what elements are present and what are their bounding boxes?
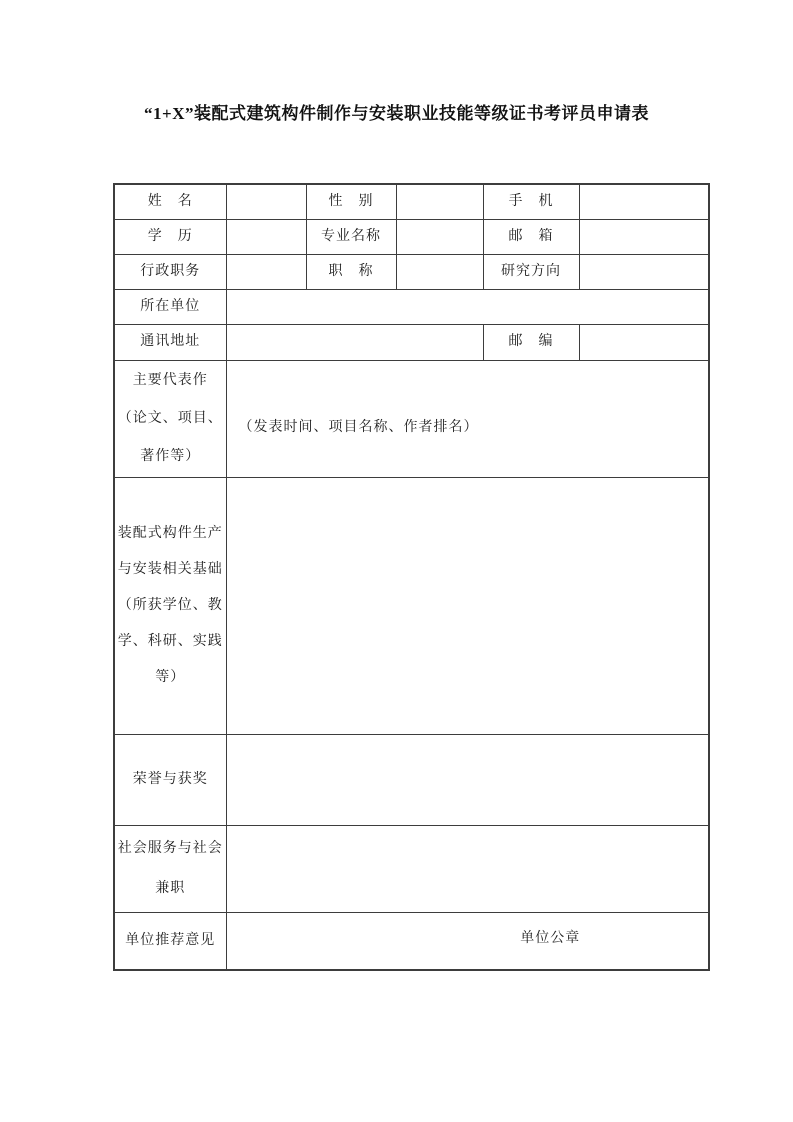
recommendation-label: 单位推荐意见: [114, 912, 226, 970]
row-post-title-research: 行政职务 职 称 研究方向: [114, 254, 709, 289]
name-label: 姓 名: [114, 184, 226, 219]
address-label: 通讯地址: [114, 324, 226, 360]
foundation-label: 装配式构件生产 与安装相关基础 （所获学位、教 学、科研、实践 等）: [114, 477, 226, 734]
email-value-cell[interactable]: [579, 219, 709, 254]
honors-value-cell[interactable]: [226, 734, 709, 825]
row-social-service: 社会服务与社会 兼职: [114, 825, 709, 912]
admin-post-label: 行政职务: [114, 254, 226, 289]
row-honors: 荣誉与获奖: [114, 734, 709, 825]
row-foundation: 装配式构件生产 与安装相关基础 （所获学位、教 学、科研、实践 等）: [114, 477, 709, 734]
row-education-major-email: 学 历 专业名称 邮 箱: [114, 219, 709, 254]
postcode-value-cell[interactable]: [579, 324, 709, 360]
work-unit-label: 所在单位: [114, 289, 226, 324]
row-address-postcode: 通讯地址 邮 编: [114, 324, 709, 360]
representative-works-hint: （发表时间、项目名称、作者排名）: [239, 420, 479, 435]
page-title: “1+X”装配式建筑构件制作与安装职业技能等级证书考评员申请表: [0, 99, 793, 124]
row-recommendation: 单位推荐意见 单位公章: [114, 912, 709, 970]
row-representative-works: 主要代表作 （论文、项目、 著作等） （发表时间、项目名称、作者排名）: [114, 360, 709, 477]
row-name-gender-mobile: 姓 名 性 别 手 机: [114, 184, 709, 219]
name-value-cell[interactable]: [226, 184, 306, 219]
professional-title-label: 职 称: [306, 254, 396, 289]
major-value-cell[interactable]: [396, 219, 483, 254]
mobile-value-cell[interactable]: [579, 184, 709, 219]
postcode-label: 邮 编: [483, 324, 579, 360]
application-form-table: 姓 名 性 别 手 机 学 历 专业名称 邮 箱 行政职务 职 称 研究方向 所…: [113, 183, 710, 971]
social-service-label: 社会服务与社会 兼职: [114, 825, 226, 912]
education-value-cell[interactable]: [226, 219, 306, 254]
professional-title-value-cell[interactable]: [396, 254, 483, 289]
research-direction-label: 研究方向: [483, 254, 579, 289]
admin-post-value-cell[interactable]: [226, 254, 306, 289]
education-label: 学 历: [114, 219, 226, 254]
work-unit-value-cell[interactable]: [226, 289, 709, 324]
gender-value-cell[interactable]: [396, 184, 483, 219]
email-label: 邮 箱: [483, 219, 579, 254]
representative-works-label: 主要代表作 （论文、项目、 著作等）: [114, 360, 226, 477]
document-page: “1+X”装配式建筑构件制作与安装职业技能等级证书考评员申请表 姓 名 性 别 …: [0, 0, 793, 1122]
social-service-value-cell[interactable]: [226, 825, 709, 912]
gender-label: 性 别: [306, 184, 396, 219]
unit-seal-label: 单位公章: [520, 931, 580, 946]
major-label: 专业名称: [306, 219, 396, 254]
representative-works-value-cell[interactable]: （发表时间、项目名称、作者排名）: [226, 360, 709, 477]
address-value-cell[interactable]: [226, 324, 483, 360]
research-direction-value-cell[interactable]: [579, 254, 709, 289]
foundation-value-cell[interactable]: [226, 477, 709, 734]
row-work-unit: 所在单位: [114, 289, 709, 324]
mobile-label: 手 机: [483, 184, 579, 219]
recommendation-value-cell[interactable]: 单位公章: [226, 912, 709, 970]
honors-label: 荣誉与获奖: [114, 734, 226, 825]
